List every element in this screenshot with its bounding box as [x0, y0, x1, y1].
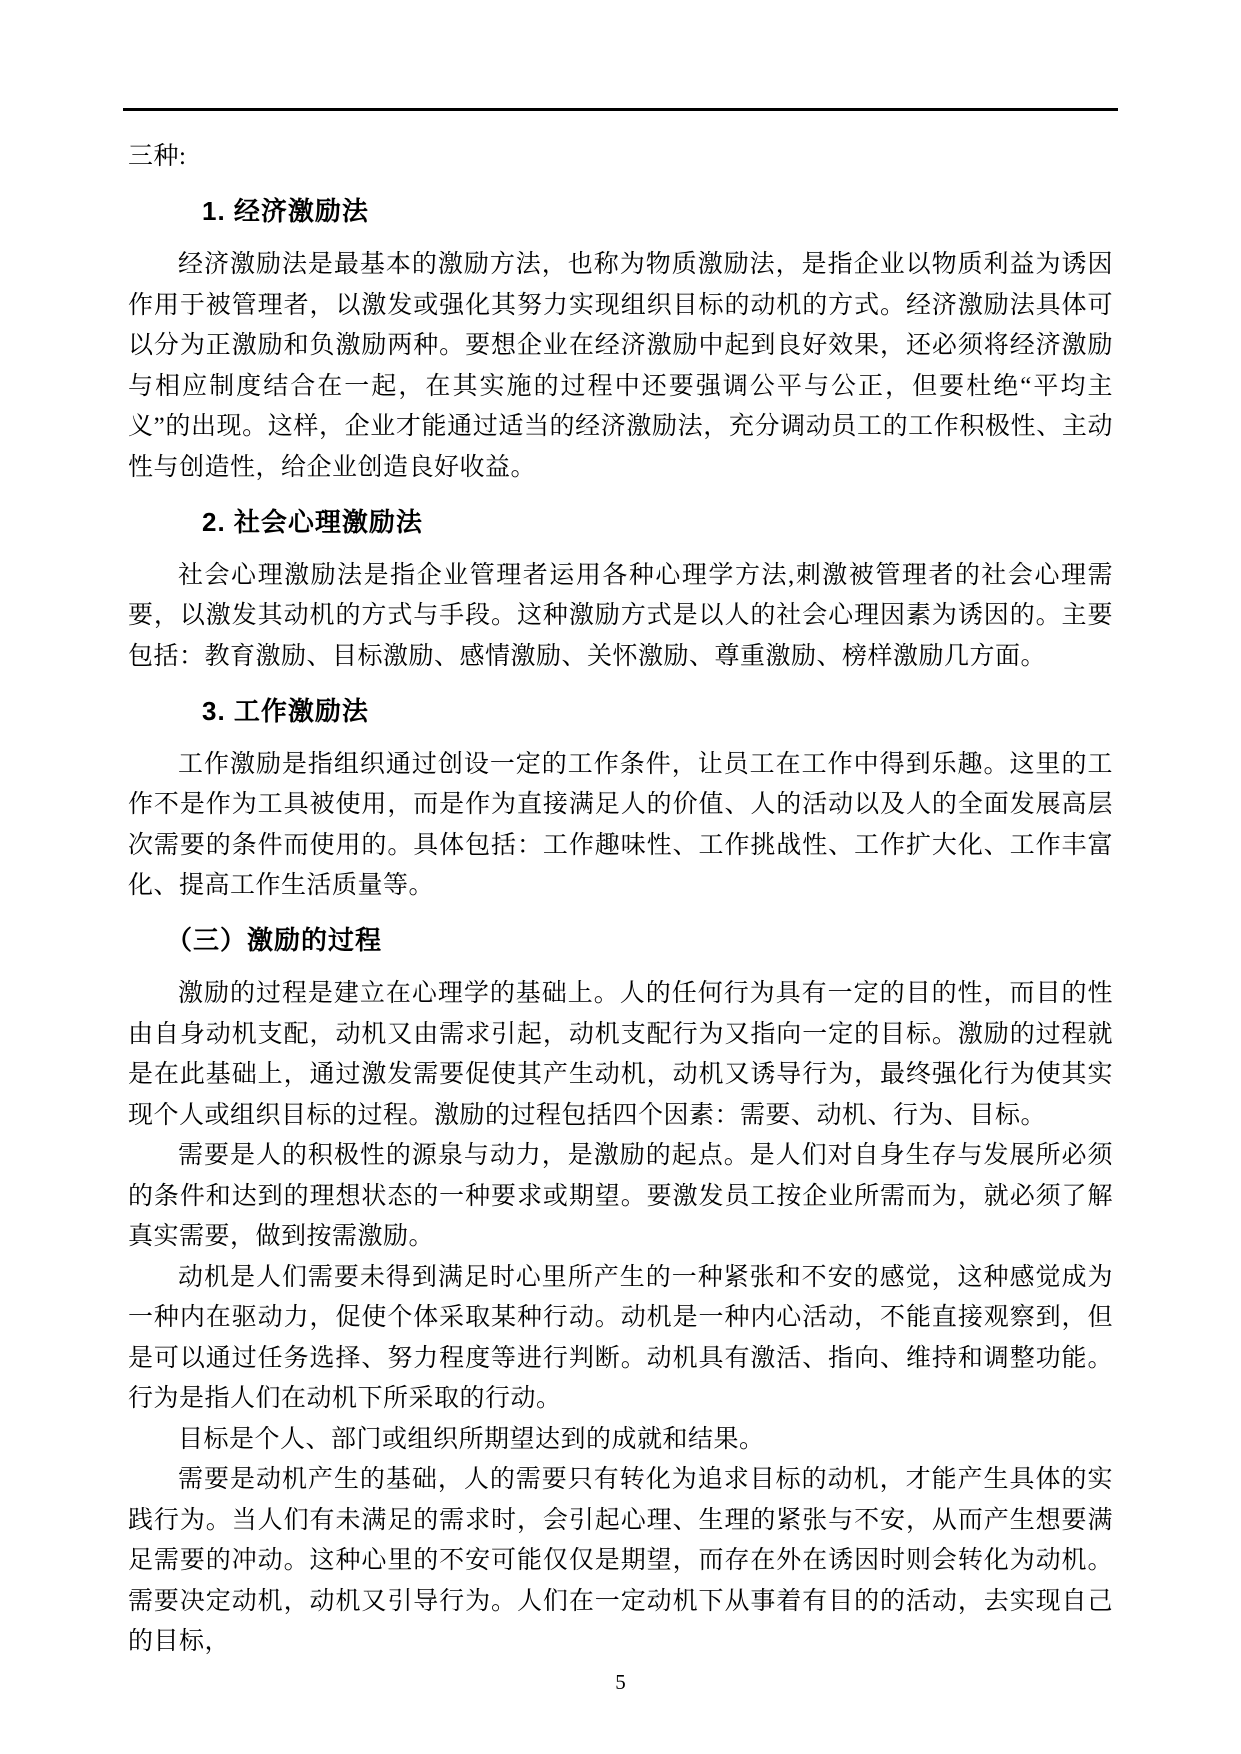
continuation-text: 三种: — [128, 137, 1113, 178]
paragraph-need: 需要是人的积极性的源泉与动力，是激励的起点。是人们对自身生存与发展所必须的条件和… — [128, 1136, 1113, 1258]
section-heading-social-psychological-incentive: 2. 社会心理激励法 — [128, 502, 1113, 543]
section-heading-economic-incentive: 1. 经济激励法 — [128, 191, 1113, 232]
paragraph-motive: 动机是人们需要未得到满足时心里所产生的一种紧张和不安的感觉，这种感觉成为一种内在… — [128, 1258, 1113, 1420]
document-body: 三种: 1. 经济激励法 经济激励法是最基本的激励方法，也称为物质激励法，是指企… — [128, 137, 1113, 1696]
paragraph-need-motive-behavior: 需要是动机产生的基础，人的需要只有转化为追求目标的动机，才能产生具体的实践行为。… — [128, 1460, 1113, 1663]
section-heading-incentive-process: （三）激励的过程 — [128, 920, 1113, 961]
paragraph-social-psychological-incentive: 社会心理激励法是指企业管理者运用各种心理学方法,刺激被管理者的社会心理需要，以激… — [128, 556, 1113, 678]
paragraph-economic-incentive: 经济激励法是最基本的激励方法，也称为物质激励法，是指企业以物质利益为诱因作用于被… — [128, 245, 1113, 488]
section-heading-work-incentive: 3. 工作激励法 — [128, 691, 1113, 732]
paragraph-incentive-process-overview: 激励的过程是建立在心理学的基础上。人的任何行为具有一定的目的性，而目的性由自身动… — [128, 974, 1113, 1136]
header-rule — [123, 108, 1118, 111]
document-page: 三种: 1. 经济激励法 经济激励法是最基本的激励方法，也称为物质激励法，是指企… — [0, 0, 1241, 1754]
paragraph-goal: 目标是个人、部门或组织所期望达到的成就和结果。 — [128, 1420, 1113, 1461]
page-number: 5 — [128, 1668, 1113, 1696]
paragraph-work-incentive: 工作激励是指组织通过创设一定的工作条件，让员工在工作中得到乐趣。这里的工作不是作… — [128, 745, 1113, 907]
